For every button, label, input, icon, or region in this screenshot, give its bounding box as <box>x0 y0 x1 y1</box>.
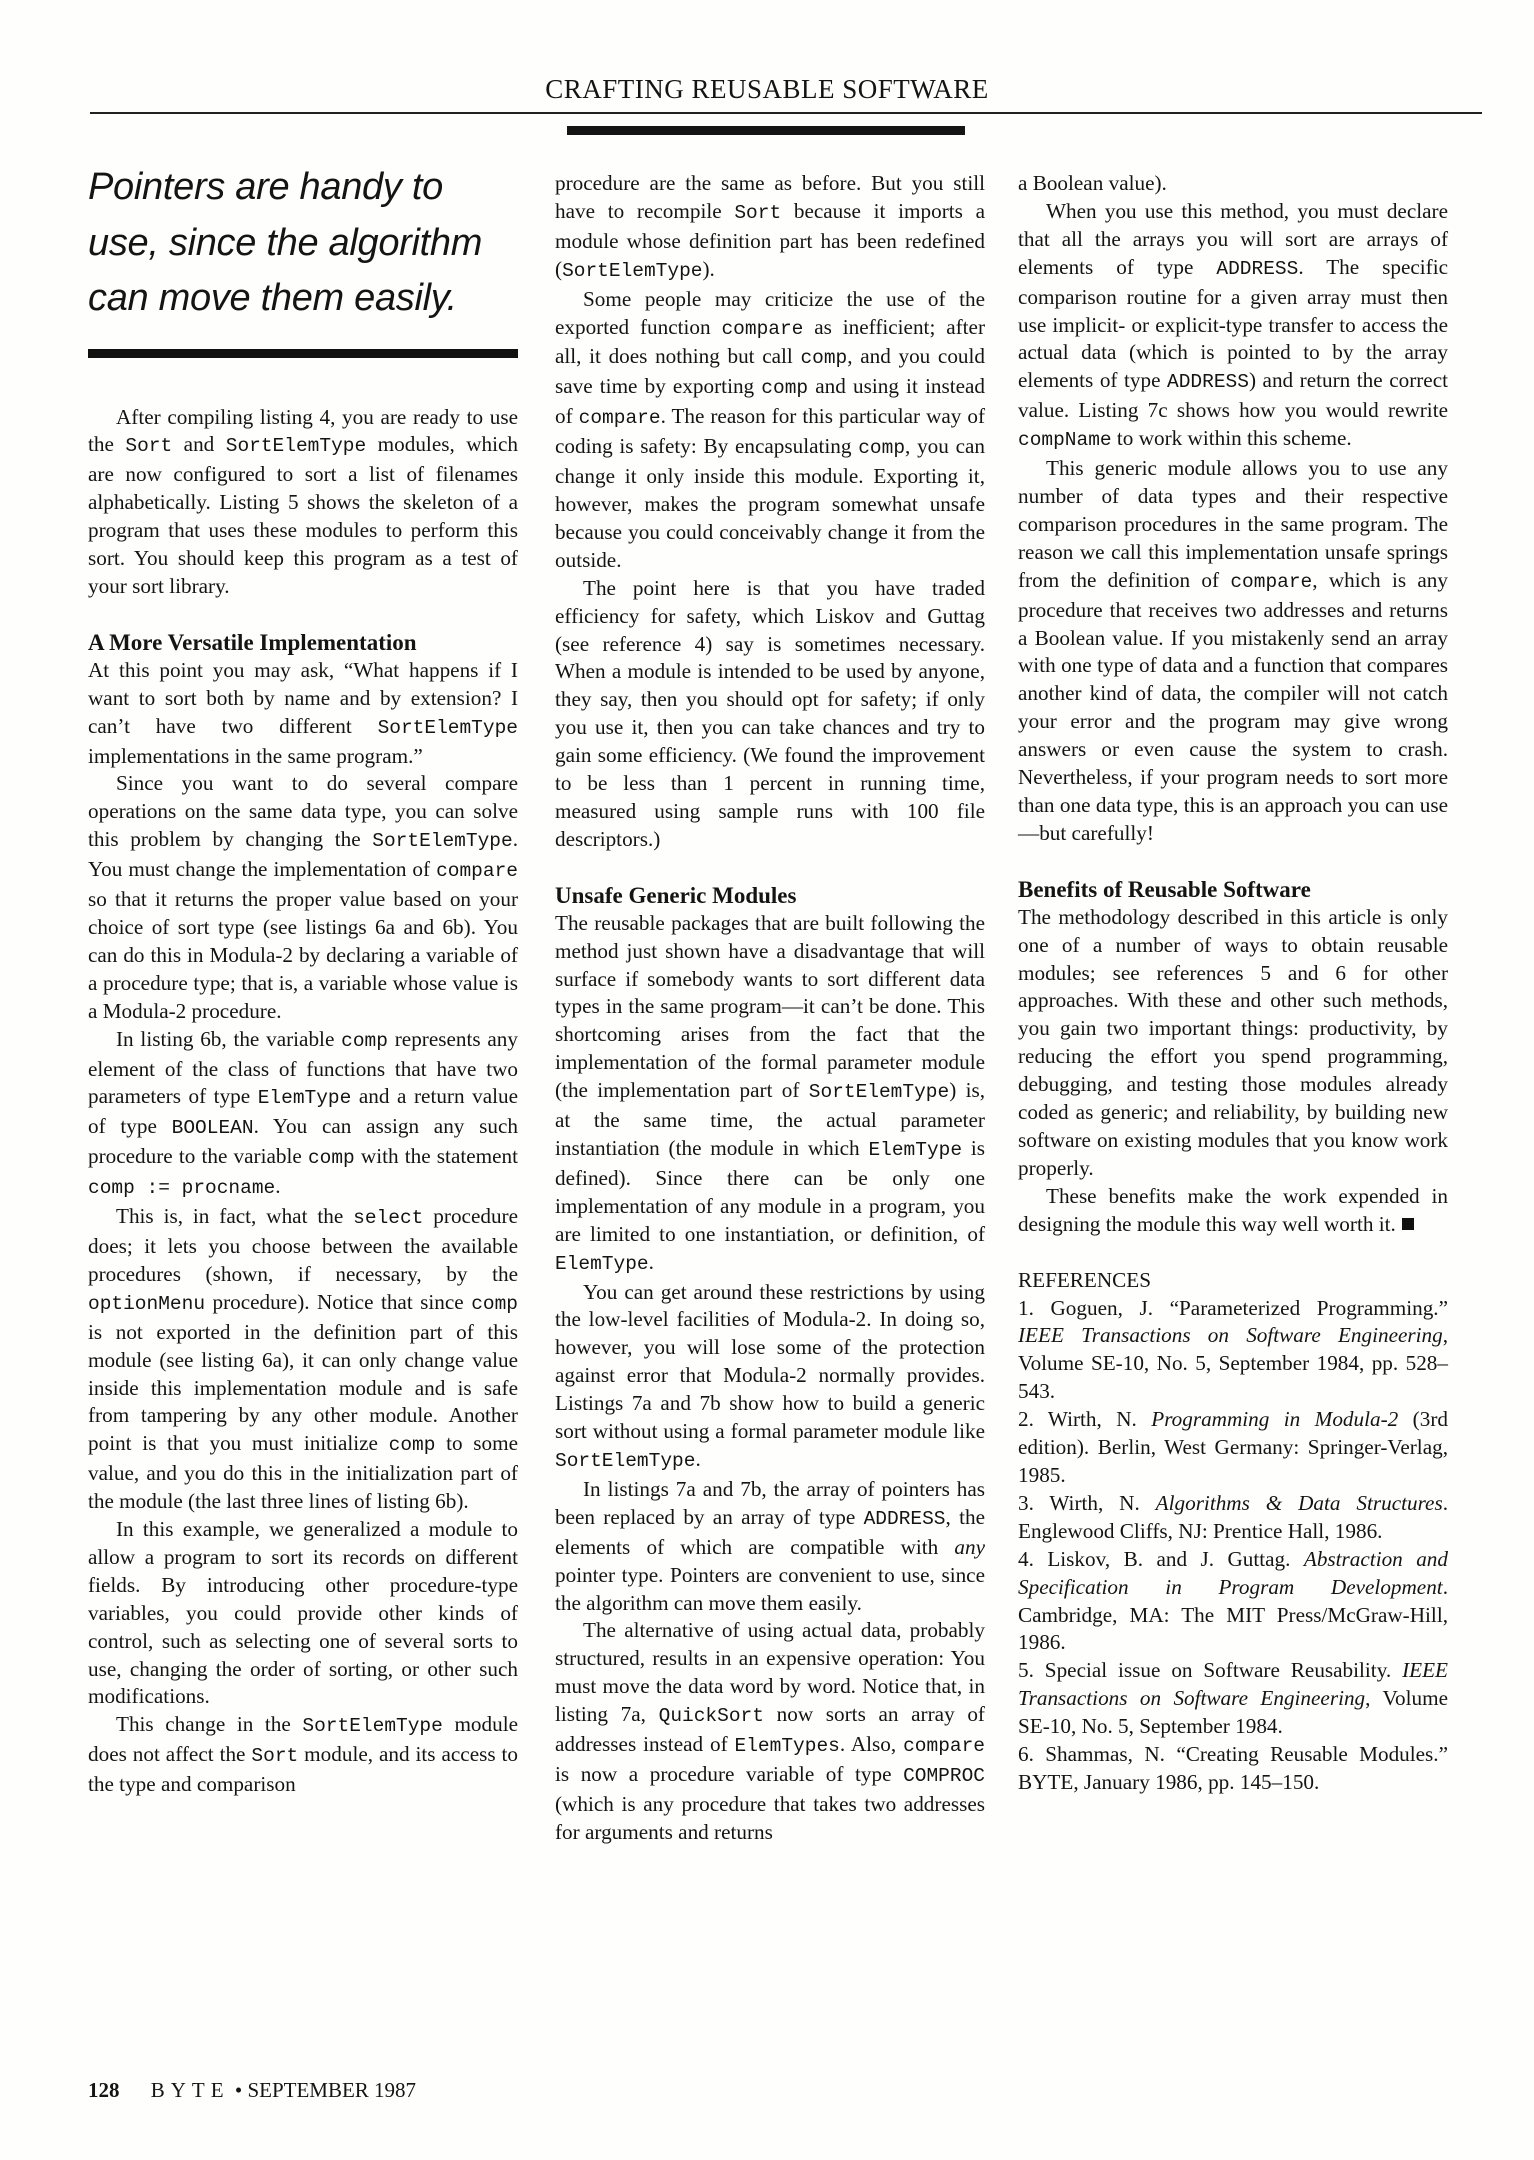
reference-item: 3. Wirth, N. Algorithms & Data Structure… <box>1018 1490 1448 1546</box>
code-term: SortElemType <box>562 260 702 282</box>
code-term: SortElemType <box>555 1450 695 1472</box>
code-term: SortElemType <box>302 1715 442 1737</box>
code-term: ElemType <box>868 1139 962 1161</box>
paragraph: These benefits make the work expended in… <box>1018 1183 1448 1239</box>
code-term: QuickSort <box>659 1705 764 1727</box>
pull-quote: Pointers are handy to use, since the alg… <box>88 160 518 327</box>
code-term: Sort­ElemType <box>372 830 512 852</box>
code-term: comp := procname <box>88 1177 275 1199</box>
left-column: Pointers are handy to use, since the alg… <box>88 168 518 1799</box>
code-term: Elem­Type <box>258 1087 352 1109</box>
reference-title: Algorithms & Data Structures <box>1156 1491 1443 1515</box>
paragraph: This change in the SortElemType module d… <box>88 1711 518 1799</box>
header-rule <box>90 112 1482 114</box>
paragraph: In this example, we generalized a module… <box>88 1516 518 1711</box>
code-term: ADDRESS <box>1167 371 1249 393</box>
reference-item: 4. Liskov, B. and J. Guttag. Abstraction… <box>1018 1546 1448 1658</box>
reference-title: IEEE Transactions on Software Engineerin… <box>1018 1323 1443 1347</box>
paragraph: The methodology described in this articl… <box>1018 904 1448 1183</box>
code-term: SortElemType <box>378 717 518 739</box>
code-term: comp <box>800 347 847 369</box>
footer-separator: • <box>235 2078 242 2102</box>
end-mark-icon <box>1402 1218 1414 1230</box>
page-footer: 128 BYTE • SEPTEMBER 1987 <box>88 2076 416 2104</box>
code-term: optionMenu <box>88 1293 205 1315</box>
reference-item: 5. Special issue on Software Reusability… <box>1018 1657 1448 1741</box>
code-term: compare <box>436 860 518 882</box>
paragraph: The alternative of using actual data, pr… <box>555 1617 985 1846</box>
code-term: compare <box>1230 571 1312 593</box>
paragraph: procedure are the same as before. But yo… <box>555 170 985 286</box>
code-term: ADDRESS <box>1216 258 1298 280</box>
middle-column: procedure are the same as before. But yo… <box>555 170 985 1847</box>
paragraph: This generic module allows you to use an… <box>1018 455 1448 848</box>
pull-quote-rule <box>88 349 518 358</box>
code-term: ElemTypes <box>735 1735 840 1757</box>
reference-item: 1. Goguen, J. “Parameterized Programming… <box>1018 1295 1448 1407</box>
code-term: compare <box>579 407 661 429</box>
code-term: SortElemType <box>226 435 366 457</box>
code-term: comp <box>858 437 905 459</box>
code-term: comp <box>389 1434 436 1456</box>
paragraph: In listings 7a and 7b, the array of poin… <box>555 1476 985 1618</box>
code-term: BOOLEAN <box>172 1117 254 1139</box>
code-term: compare <box>903 1735 985 1757</box>
magazine-name: BYTE <box>151 2078 230 2102</box>
code-term: comp <box>341 1030 388 1052</box>
section-heading: A More Versatile Implementation <box>88 629 518 657</box>
code-term: select <box>353 1207 423 1229</box>
paragraph: Some people may criticize the use of the… <box>555 286 985 575</box>
code-term: SortElemType <box>809 1081 949 1103</box>
code-term: ElemType <box>555 1253 649 1275</box>
reference-title: Abstraction and Specification in Program… <box>1018 1547 1448 1599</box>
page-number: 128 <box>88 2078 120 2102</box>
reference-title: Programming in Modula-2 <box>1151 1407 1398 1431</box>
section-heading: Unsafe Generic Modules <box>555 882 985 910</box>
issue-date: SEPTEMBER 1987 <box>247 2078 416 2102</box>
code-term: Sort <box>125 435 172 457</box>
running-head: CRAFTING REUSABLE SOFTWARE <box>0 74 1534 104</box>
references-title: REFERENCES <box>1018 1267 1448 1295</box>
paragraph: Since you want to do several compare ope… <box>88 770 518 1025</box>
paragraph: After compiling listing 4, you are ready… <box>88 404 518 601</box>
paragraph: When you use this method, you must decla… <box>1018 198 1448 455</box>
header-bar <box>567 126 965 135</box>
paragraph: The reusable packages that are built fol… <box>555 910 985 1279</box>
code-term: Sort <box>251 1745 298 1767</box>
code-term: comp <box>761 377 808 399</box>
paragraph: The point here is that you have traded e… <box>555 575 985 854</box>
code-term: ADDRESS <box>864 1508 946 1530</box>
right-column: a Boolean value). When you use this meth… <box>1018 170 1448 1797</box>
paragraph: This is, in fact, what the select proced… <box>88 1203 518 1516</box>
reference-item: 6. Shammas, N. “Creating Reusable Module… <box>1018 1741 1448 1797</box>
code-term: COM­PROC <box>903 1765 985 1787</box>
closing-text: These benefits make the work expended in… <box>1018 1184 1448 1236</box>
code-term: comp <box>471 1293 518 1315</box>
section-heading: Benefits of Reusable Software <box>1018 876 1448 904</box>
code-term: comp <box>308 1147 355 1169</box>
paragraph: You can get around these restrictions by… <box>555 1279 985 1476</box>
references-list: 1. Goguen, J. “Parameterized Programming… <box>1018 1295 1448 1797</box>
code-term: compare <box>721 318 803 340</box>
code-term: Sort <box>734 202 781 224</box>
paragraph: In listing 6b, the variable comp represe… <box>88 1026 518 1203</box>
reference-item: 2. Wirth, N. Programming in Modula-2 (3r… <box>1018 1406 1448 1490</box>
reference-title: IEEE Transactions on Software Engineerin… <box>1018 1658 1448 1710</box>
paragraph: At this point you may ask, “What happens… <box>88 657 518 771</box>
code-term: compName <box>1018 429 1112 451</box>
paragraph: a Boolean value). <box>1018 170 1448 198</box>
emphasis: any <box>954 1535 985 1559</box>
